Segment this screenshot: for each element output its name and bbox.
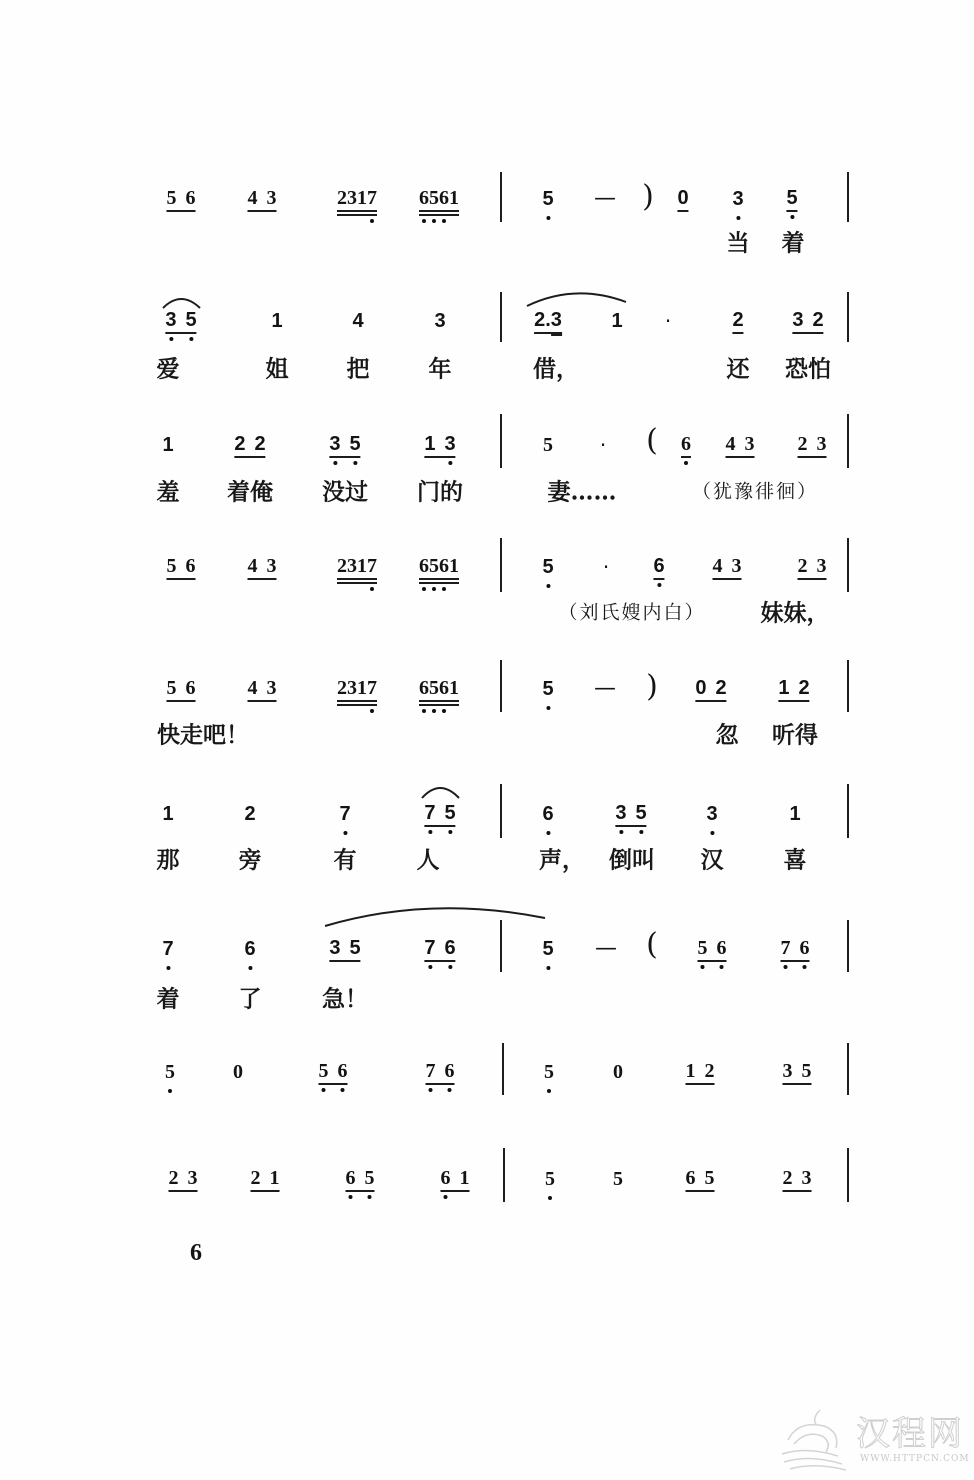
page-number: 6 — [190, 1240, 202, 1267]
note-group: 6 5 — [686, 1168, 715, 1192]
note-group: 5 6 — [319, 1061, 348, 1085]
note-group: 7 6 — [781, 938, 810, 962]
note: 5 — [545, 1169, 555, 1191]
note-group: 7 6 — [424, 938, 455, 962]
note-group: 6 5 — [346, 1168, 375, 1192]
note: 5 — [542, 939, 553, 961]
note: 5 — [613, 1169, 623, 1191]
note-group: 1 2 — [686, 1061, 715, 1085]
barline — [847, 1043, 849, 1095]
note: 7 — [162, 939, 173, 961]
note-group: 2 1 — [251, 1168, 280, 1192]
barline — [847, 1148, 849, 1202]
lyric: 着 — [157, 981, 180, 1014]
rest-note: 0 — [613, 1062, 623, 1084]
note-group: 2 3 — [783, 1168, 812, 1192]
note-group: 7 6 — [426, 1061, 455, 1085]
lyric: 急！ — [322, 981, 368, 1014]
note-group: 3 5 — [783, 1061, 812, 1085]
watermark: 汉程网 WWW.HTTPCN.COM — [776, 1404, 966, 1474]
note-group: 5 6 — [698, 938, 727, 962]
note-group: 6 1 — [441, 1168, 470, 1192]
watermark-brand: 汉程网 — [856, 1406, 964, 1455]
open-paren: ( — [646, 930, 658, 962]
note: 5 — [165, 1062, 175, 1084]
watermark-logo-icon — [776, 1404, 856, 1474]
note-group: 2 3 — [169, 1168, 198, 1192]
extension-dash: — — [595, 939, 617, 961]
score-page: 5 6 4 3 2317 6561 5 — ) 0 3 5 当 着 3 5 1 … — [0, 0, 974, 1480]
lyric: 了 — [239, 981, 262, 1014]
note: 5 — [544, 1062, 554, 1084]
barline — [502, 1043, 504, 1095]
barline — [503, 1148, 505, 1202]
barline — [500, 920, 502, 972]
barline — [847, 920, 849, 972]
slur — [0, 0, 974, 1480]
rest-note: 0 — [233, 1062, 243, 1084]
note-group: 3 5 — [329, 938, 360, 962]
watermark-url: WWW.HTTPCN.COM — [860, 1454, 970, 1464]
note: 6 — [244, 939, 255, 961]
